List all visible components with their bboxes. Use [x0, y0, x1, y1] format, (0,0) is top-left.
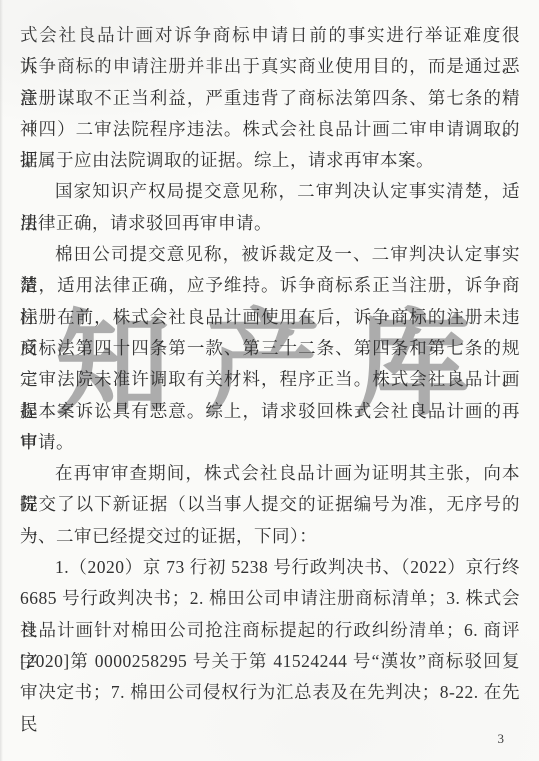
document-line: 二审法院未准许调取有关材料，程序正当。株式会社良品计画提	[20, 364, 520, 395]
document-line: （四）二审法院程序违法。株式会社良品计画二审申请调取的证	[20, 114, 520, 145]
document-line: 诉争商标的申请注册并非出于真实商业使用目的，而是通过恶意	[20, 51, 520, 82]
document-line: 申请。	[20, 427, 520, 458]
document-line: 在再审审查期间，株式会社良品计画为证明其主张，向本院	[20, 458, 520, 489]
document-line: 据属于应由法院调取的证据。综上，请求再审本案。	[20, 145, 520, 176]
document-line: 一、二审已经提交过的证据，下同）：	[20, 521, 520, 552]
document-line: 注册在前，株式会社良品计画使用在后，诉争商标的注册未违反	[20, 302, 520, 333]
document-line: 6685 号行政判决书；2. 棉田公司申请注册商标清单；3. 株式会社	[20, 583, 520, 614]
document-line: 注册谋取不正当利益，严重违背了商标法第四条、第七条的精神。	[20, 83, 520, 114]
document-line: 棉田公司提交意见称，被诉裁定及一、二审判决认定事实清	[20, 239, 520, 270]
document-line: 提交了以下新证据（以当事人提交的证据编号为准，无序号的为	[20, 489, 520, 520]
document-line: 审决定书；7. 棉田公司侵权行为汇总表及在先判决；8-22. 在先民	[20, 677, 520, 708]
document-line: 楚，适用法律正确，应予维持。诉争商标系正当注册，诉争商标	[20, 270, 520, 301]
document-line: 起本案诉讼具有恶意。综上，请求驳回株式会社良品计画的再审	[20, 396, 520, 427]
document-line: 法律正确，请求驳回再审申请。	[20, 208, 520, 239]
document-line: 商标法第四十四条第一款、第三十二条、第四条和第七条的规定。	[20, 333, 520, 364]
page-number: 3	[498, 731, 505, 747]
document-line: 国家知识产权局提交意见称，二审判决认定事实清楚，适用	[20, 176, 520, 207]
document-text-block: 式会社良品计画对诉争商标申请日前的事实进行举证难度很大。诉争商标的申请注册并非出…	[20, 20, 520, 709]
document-page: 知产库 式会社良品计画对诉争商标申请日前的事实进行举证难度很大。诉争商标的申请注…	[0, 0, 539, 761]
document-line: 1.（2020）京 73 行初 5238 号行政判决书、（2022）京行终	[20, 552, 520, 583]
document-line: 式会社良品计画对诉争商标申请日前的事实进行举证难度很大。	[20, 20, 520, 51]
document-line: 良品计画针对棉田公司抢注商标提起的行政纠纷清单；6. 商评字	[20, 615, 520, 646]
document-line: [2020]第 0000258295 号关于第 41524244 号“漢妆”商标…	[20, 646, 520, 677]
